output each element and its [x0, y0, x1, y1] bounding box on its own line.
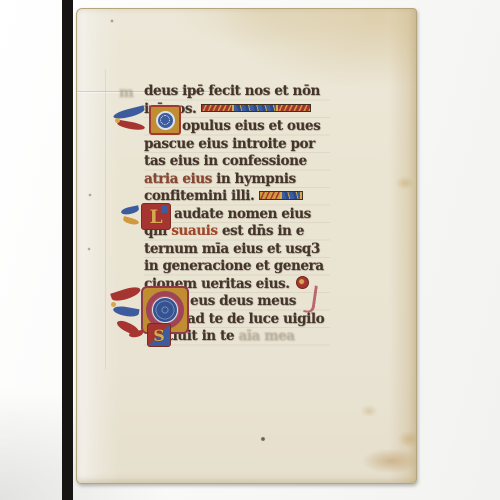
line-text: tas eius in confessione: [144, 153, 307, 169]
illuminated-initial-s: S: [129, 323, 171, 349]
line-text: in hympnis: [216, 171, 296, 187]
text-line: atria eius in hympnis: [144, 171, 330, 189]
line-text: ternum mīa eius et usq3: [144, 241, 320, 257]
filler-segment-red-gold: [202, 105, 234, 111]
line-text: audate nomen eius: [174, 206, 311, 222]
showthrough-ghost-text: aīa mea: [238, 328, 294, 344]
parchment-crease: [105, 69, 106, 369]
showthrough-ghost-text: m: [119, 85, 134, 101]
line-text: opulus eius et oues: [182, 118, 320, 134]
line-text: confitemini illi.: [144, 188, 254, 204]
text-line: pascue eius introite por: [144, 136, 330, 154]
manuscript-scan: m deus ipē fecit nos et nōn ipī nos. opu…: [0, 0, 500, 500]
patterned-roundel: [152, 297, 178, 323]
gold-dot: [111, 302, 116, 307]
illuminated-initial-l: L: [121, 203, 171, 231]
line-text-rubricated: suauis: [171, 223, 217, 239]
text-line: tas eius in confessione: [144, 153, 330, 171]
text-line: in generacione et genera: [144, 258, 330, 276]
initial-ground: L: [141, 203, 171, 230]
line-text: in generacione et genera: [144, 258, 324, 274]
spiral-ornament: [160, 115, 170, 125]
filler-segment-gold-red: [260, 192, 282, 199]
initial-letter: S: [153, 326, 165, 345]
line-text: deus ipē fecit nos et nōn: [144, 83, 320, 99]
line-text: est dn̄s in e: [218, 223, 304, 239]
manuscript-leaf: m deus ipē fecit nos et nōn ipī nos. opu…: [76, 8, 417, 484]
pen-flourish: [112, 305, 139, 318]
initial-ground: [149, 105, 181, 135]
text-line: qm̄ suauis est dn̄s in e: [144, 223, 330, 241]
line-text: ad te de luce uigilo: [187, 311, 324, 327]
scanner-edge-shadow: [62, 0, 73, 500]
line-text-rubricated: atria eius: [144, 171, 216, 187]
gold-dot: [115, 118, 120, 123]
pen-flourish: [129, 330, 144, 338]
line-text: eus deus meus: [190, 293, 296, 309]
filler-segment-red-gold: [278, 105, 310, 111]
illuminated-initial-p: P: [113, 104, 181, 138]
line-filler-ornament: [201, 104, 311, 112]
initial-letter: L: [149, 206, 162, 228]
text-line: confitemini illi.: [144, 188, 330, 206]
pen-flourish: [120, 205, 139, 216]
line-filler-ornament: [259, 191, 303, 200]
pen-flourish: [123, 216, 140, 226]
initial-roundel: [156, 111, 175, 130]
pen-flourish: [110, 285, 142, 304]
text-line: ternum mīa eius et usq3: [144, 241, 330, 259]
text-line: audate nomen eius: [144, 206, 330, 224]
initial-ground: S: [147, 323, 171, 347]
pen-flourish: [117, 120, 146, 132]
filler-segment-blue-gold: [282, 192, 302, 199]
filler-segment-blue-gold: [234, 105, 278, 111]
text-line: deus ipē fecit nos et nōn: [144, 83, 330, 101]
